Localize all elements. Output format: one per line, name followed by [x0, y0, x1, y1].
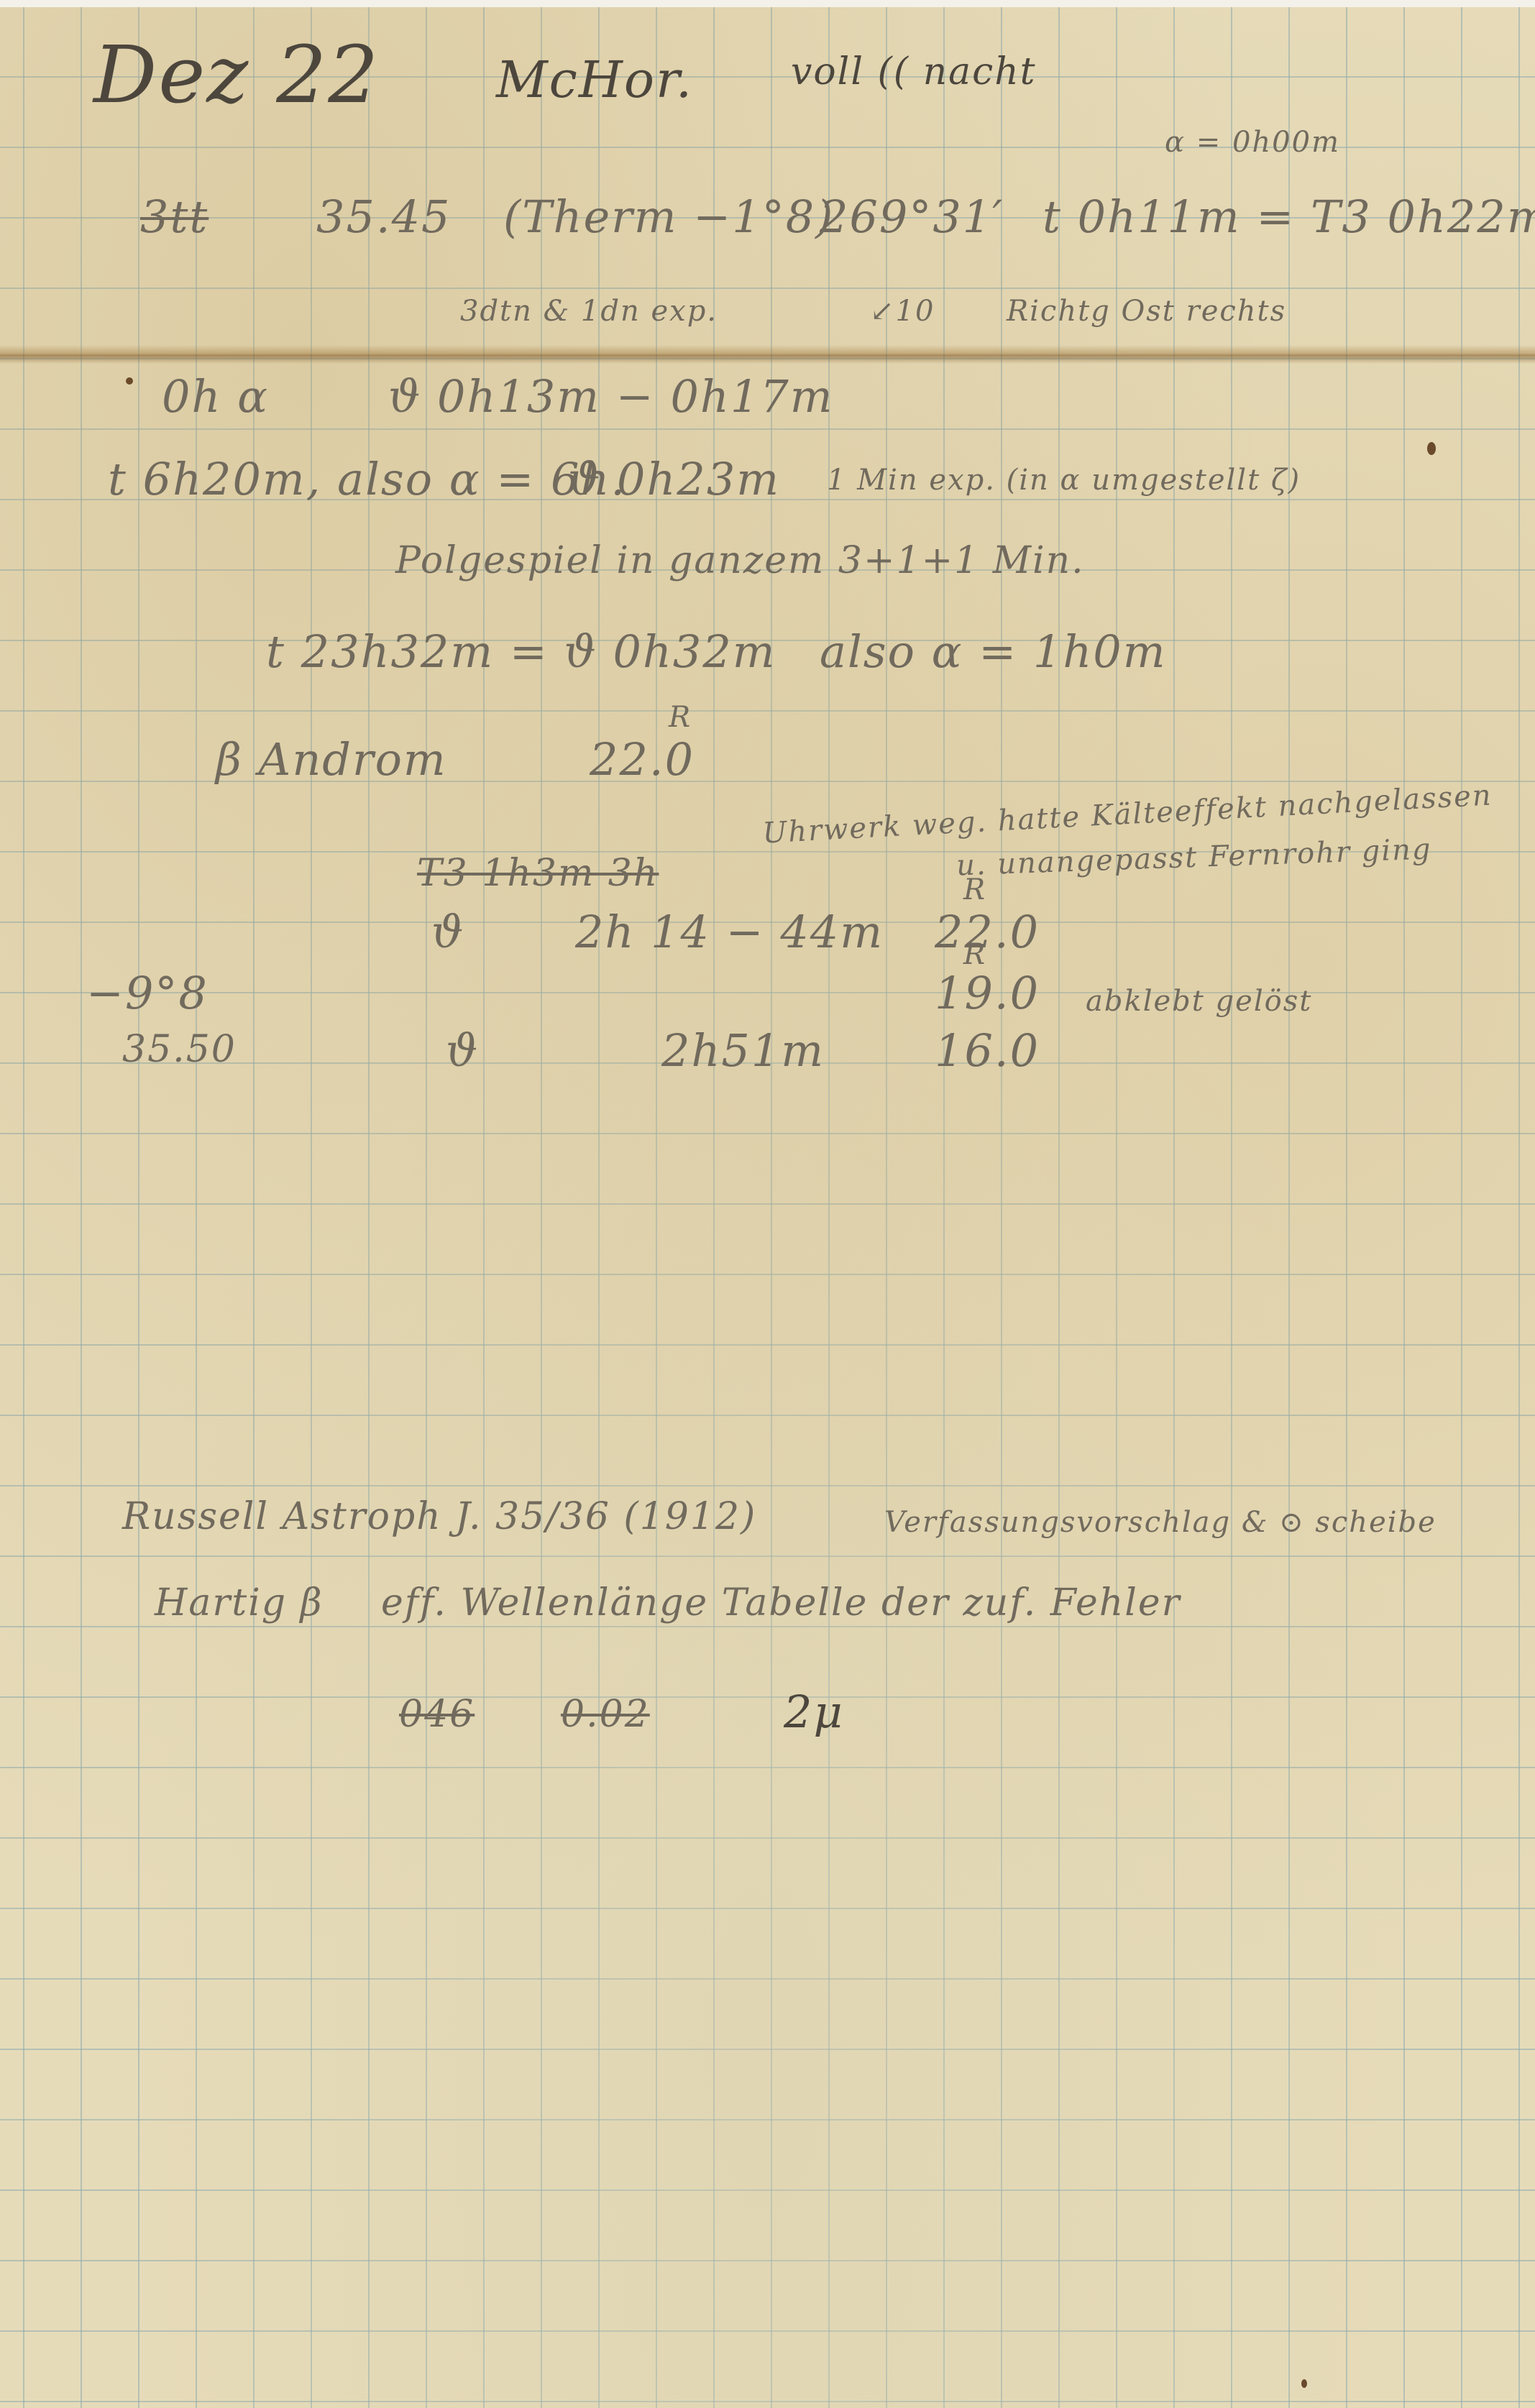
time-alpha-6h: t 6h20m, also α = 6h.: [108, 453, 626, 505]
star-name: β Androm: [216, 733, 447, 786]
alpha-zero-note: α = 0h00m: [1165, 126, 1340, 159]
arrow-note: ↙10: [870, 295, 935, 328]
row-1-symbol: ϑ: [431, 906, 464, 958]
row-3-time: 2h51m: [661, 1024, 825, 1077]
ink-dot: [126, 377, 133, 385]
polgespiel-note: Polgespiel in ganzem 3+1+1 Min.: [395, 539, 1085, 582]
theta-range: ϑ 0h13m − 0h17m: [388, 370, 834, 423]
paper-fold-crease: [0, 345, 1535, 364]
struck-value-2: 0.02: [561, 1693, 650, 1736]
night-note: voll (( nacht: [791, 50, 1037, 93]
reference-russell: Russell Astroph J. 35/36 (1912): [122, 1495, 756, 1538]
plate-number-struck: 3tt: [140, 190, 209, 243]
paper-spot: [1301, 2379, 1307, 2388]
clock-remark-line-2: u. unangepasst Fernrohr ging: [956, 832, 1432, 882]
row-3-reading: 16.0: [935, 1024, 1040, 1077]
direction-note: Richtg Ost rechts: [1007, 295, 1286, 328]
scan-edge: [0, 0, 1535, 7]
ink-blot: [1427, 442, 1436, 455]
position-angle: 269°31′: [820, 190, 1004, 243]
time-theta-0h32m: t 23h32m = ϑ 0h32m: [266, 625, 776, 678]
alpha-result: also α = 1h0m: [820, 625, 1167, 678]
row-1-reading: 22.0: [935, 906, 1040, 958]
wavelength-value: 2μ: [784, 1686, 844, 1738]
struck-table-header: T3 1h3m 3h: [417, 852, 659, 895]
star-reading: 22.0: [590, 733, 695, 786]
observer-name: McHor.: [496, 50, 693, 109]
start-alpha: 0h α: [162, 370, 269, 423]
star-unit: R: [669, 701, 692, 734]
thermometer-reading: (Therm −1°8): [503, 190, 834, 243]
time-reading: t 0h11m = T3 0h22m: [1043, 190, 1535, 243]
row-3-left-value: 35.50: [122, 1028, 237, 1071]
row-2-note: abklebt gelöst: [1086, 985, 1312, 1018]
struck-value-1: 046: [399, 1693, 475, 1736]
reference-hartig-note: eff. Wellenlänge Tabelle der zuf. Fehler: [381, 1581, 1181, 1625]
reference-russell-note: Verfassungsvorschlag & ⊙ scheibe: [884, 1506, 1437, 1539]
theta-0h23m: ϑ 0h23m: [568, 453, 780, 505]
page-title: Dez 22: [93, 29, 380, 121]
row-2-left-value: −9°8: [86, 967, 209, 1019]
row-3-symbol: ϑ: [446, 1024, 479, 1077]
notebook-page: Dez 22 McHor. voll (( nacht α = 0h00m 3t…: [0, 0, 1535, 2408]
one-min-exposure-note: 1 Min exp. (in α umgestellt ζ): [827, 464, 1301, 497]
row-1-unit: R: [963, 873, 986, 906]
barometer-reading: 35.45: [316, 190, 452, 243]
reference-hartig: Hartig β: [155, 1581, 324, 1625]
exposure-note: 3dtn & 1dn exp.: [460, 295, 718, 328]
row-2-reading: 19.0: [935, 967, 1040, 1019]
row-1-time: 2h 14 − 44m: [575, 906, 884, 958]
